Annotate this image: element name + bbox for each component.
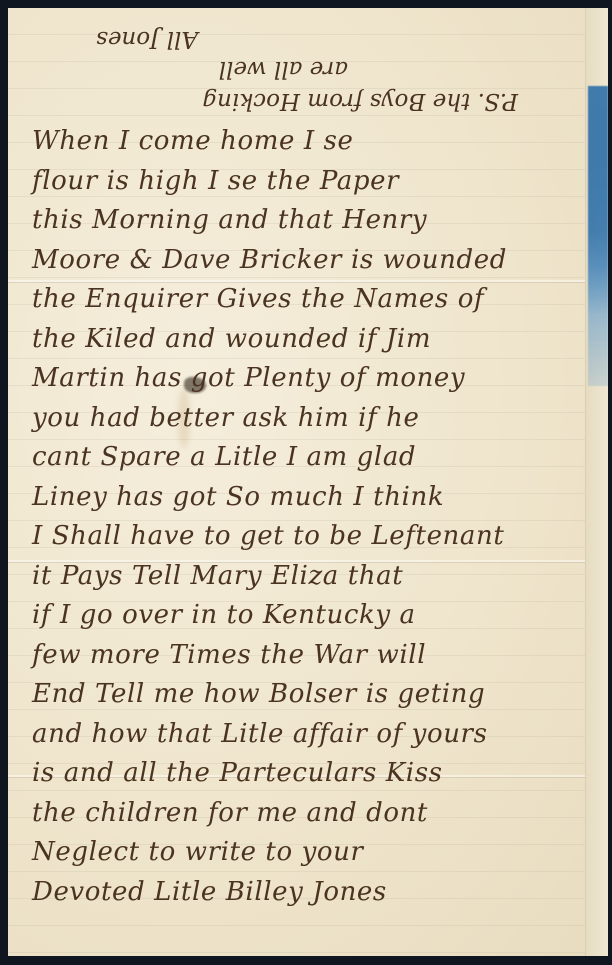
letter-line: this Morning and that Henry bbox=[32, 201, 592, 241]
letter-line: When I come home I se bbox=[32, 122, 592, 162]
letter-line: cant Spare a Litle I am glad bbox=[32, 438, 592, 478]
scanned-letter: P.S. the Boys from Hocking are all well … bbox=[0, 0, 612, 965]
letter-line: Neglect to write to your bbox=[32, 833, 592, 873]
letter-line: if I go over in to Kentucky a bbox=[32, 596, 592, 636]
letter-line: Moore & Dave Bricker is wounded bbox=[32, 241, 592, 281]
letter-line: the children for me and dont bbox=[32, 794, 592, 834]
letter-line: and how that Litle affair of yours bbox=[32, 715, 592, 755]
letter-paper: P.S. the Boys from Hocking are all well … bbox=[8, 8, 608, 956]
letter-signature: Devoted Litle Billey Jones bbox=[32, 873, 592, 913]
inverted-postscript: P.S. the Boys from Hocking are all well … bbox=[38, 18, 558, 118]
letter-line: the Enquirer Gives the Names of bbox=[32, 280, 592, 320]
letter-line: the Kiled and wounded if Jim bbox=[32, 320, 592, 360]
postscript-line: are all well bbox=[219, 56, 348, 82]
letter-body: When I come home I se flour is high I se… bbox=[32, 122, 592, 912]
letter-line: few more Times the War will bbox=[32, 636, 592, 676]
letter-line: is and all the Parteculars Kiss bbox=[32, 754, 592, 794]
postscript-line: All Jones bbox=[96, 26, 198, 52]
letter-line: Martin has got Plenty of money bbox=[32, 359, 592, 399]
postscript-line: P.S. the Boys from Hocking bbox=[202, 88, 518, 114]
letter-line: flour is high I se the Paper bbox=[32, 162, 592, 202]
letter-line: you had better ask him if he bbox=[32, 399, 592, 439]
letter-line: Liney has got So much I think bbox=[32, 478, 592, 518]
letter-line: I Shall have to get to be Leftenant bbox=[32, 517, 592, 557]
letter-line: it Pays Tell Mary Eliza that bbox=[32, 557, 592, 597]
letter-line: End Tell me how Bolser is geting bbox=[32, 675, 592, 715]
